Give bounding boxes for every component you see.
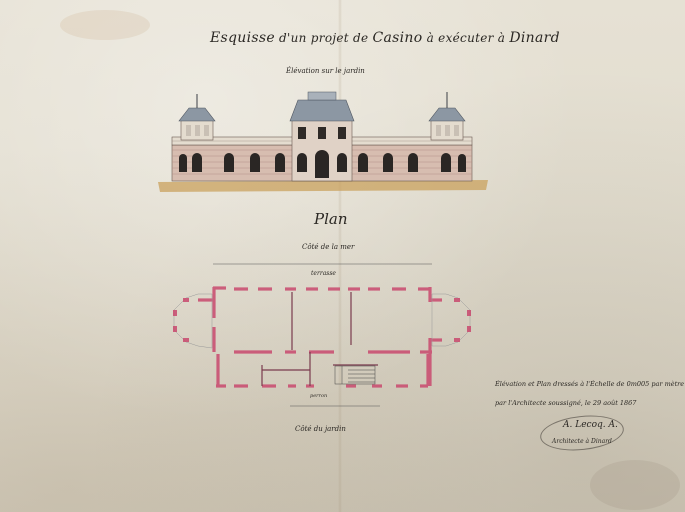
signature: A. Lecoq. A. — [563, 420, 618, 430]
annotation-line-2: par l'Architecte soussigné, le 29 août 1… — [495, 399, 636, 407]
signature-subtitle: Architecte à Dinard — [552, 438, 612, 445]
annotation-line-1: Élévation et Plan dressés à l'Échelle de… — [495, 380, 684, 388]
paper-sheet: Esquisse d'un projet de Casino à exécute… — [0, 0, 685, 512]
